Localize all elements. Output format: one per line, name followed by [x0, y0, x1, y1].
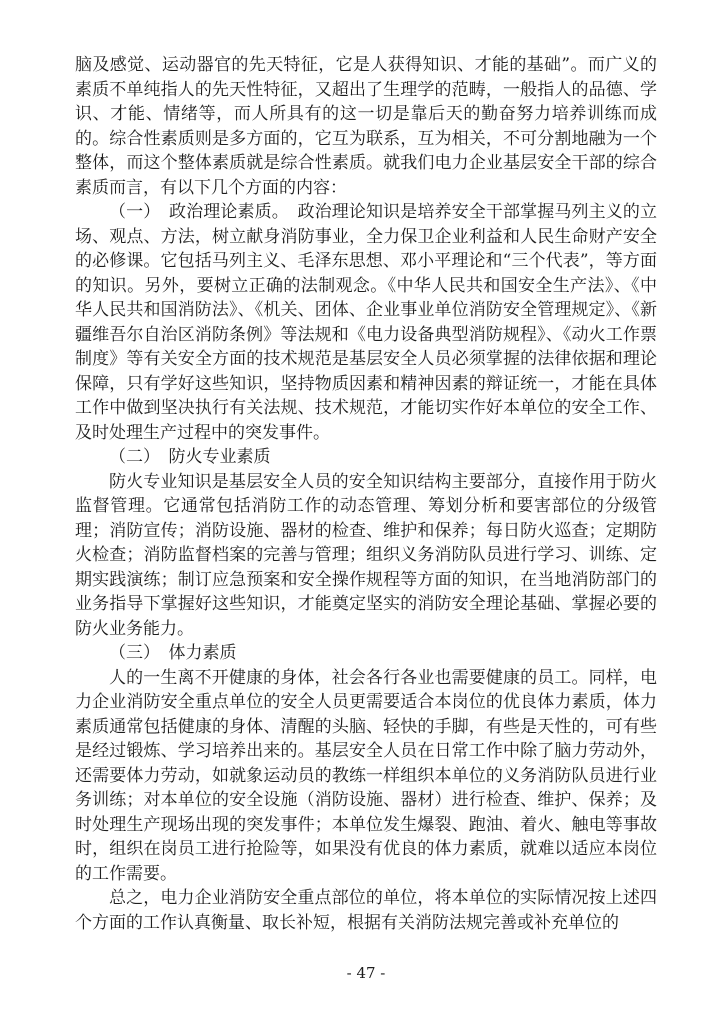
section-3-physical-quality-paragraph: 人的一生离不开健康的身体，社会各行各业也需要健康的员工。同样，电力企业消防安全重… [75, 666, 657, 887]
section-2-fire-prevention-paragraph: 防火专业知识是基层安全人员的安全知识结构主要部分，直接作用于防火监督管理。它通常… [75, 470, 657, 642]
page-number: - 47 - [75, 964, 657, 982]
text-block: 脑及感觉、运动器官的先天特征，它是人获得知识、才能的基础”。而广义的素质不单纯指… [75, 53, 657, 935]
document-page: 脑及感觉、运动器官的先天特征，它是人获得知识、才能的基础”。而广义的素质不单纯指… [0, 0, 724, 1024]
section-3-heading: （三） 体力素质 [75, 641, 657, 666]
section-2-heading: （二） 防火专业素质 [75, 445, 657, 470]
section-1-political-theory-paragraph: （一） 政治理论素质。 政治理论知识是培养安全干部掌握马列主义的立场、观点、方法… [75, 200, 657, 445]
closing-paragraph: 总之，电力企业消防安全重点部位的单位，将本单位的实际情况按上述四个方面的工作认真… [75, 886, 657, 935]
paragraph-continuation: 脑及感觉、运动器官的先天特征，它是人获得知识、才能的基础”。而广义的素质不单纯指… [75, 53, 657, 200]
